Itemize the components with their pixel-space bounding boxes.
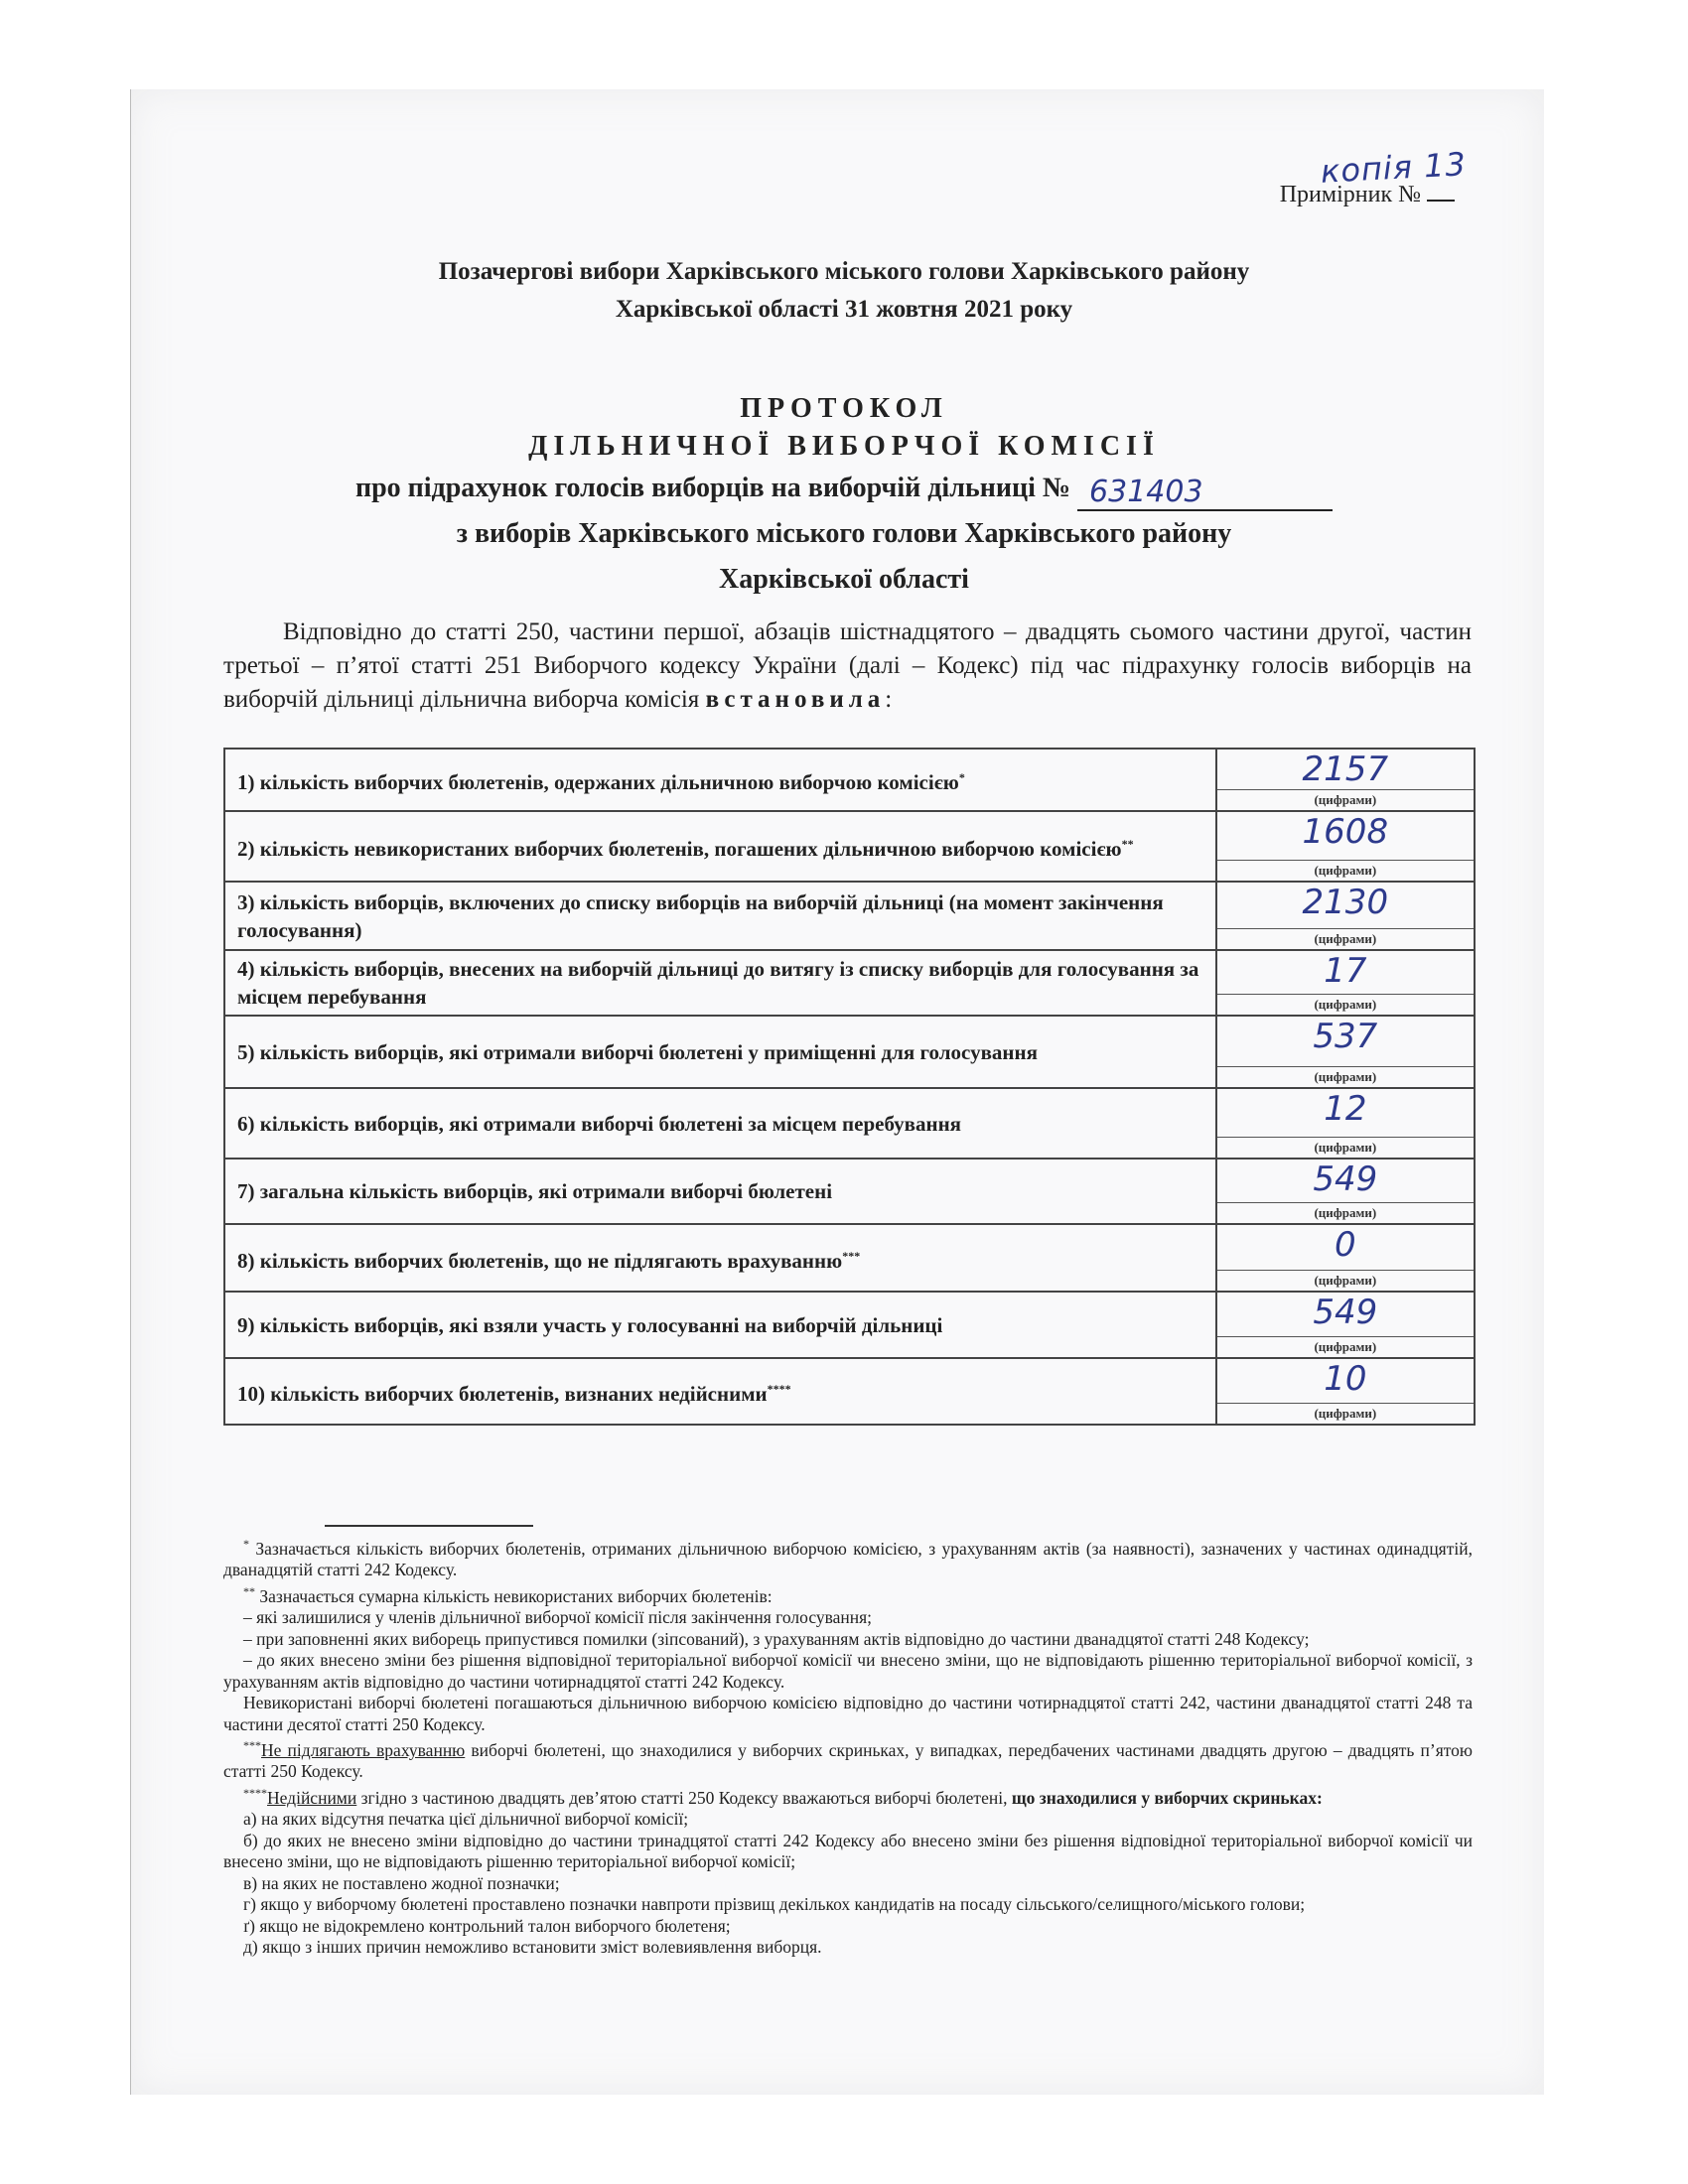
result-label: 10) кількість виборчих бюлетенів, визнан… — [224, 1358, 1216, 1425]
result-label-text: 5) кількість виборців, які отримали вибо… — [237, 1040, 1038, 1064]
result-value-field[interactable]: 2130 — [1217, 883, 1474, 928]
footnote-mark: **** — [243, 1786, 267, 1800]
sample-label: Примірник № — [1280, 182, 1421, 207]
footnote-2-item: – до яких внесено зміни без рішення відп… — [223, 1650, 1473, 1693]
result-row: 2) кількість невикористаних виборчих бюл… — [224, 811, 1475, 882]
result-value-cell: 549(цифрами) — [1216, 1159, 1475, 1224]
footnote-4-item: б) до яких не внесено зміни відповідно д… — [223, 1831, 1473, 1873]
protocol-line-5: Харківської області — [298, 557, 1390, 603]
station-number-field[interactable]: 631403 — [1077, 476, 1333, 511]
value-caption: (цифрами) — [1217, 994, 1474, 1015]
result-value-cell: 537(цифрами) — [1216, 1016, 1475, 1088]
value-caption: (цифрами) — [1217, 1137, 1474, 1158]
value-caption: (цифрами) — [1217, 860, 1474, 881]
result-label: 3) кількість виборців, включених до спис… — [224, 882, 1216, 950]
footnote-4-items: а) на яких відсутня печатка цієї дільнич… — [223, 1809, 1473, 1959]
footnote-text: згідно з частиною двадцять дев’ятою стат… — [356, 1788, 1012, 1808]
footnote-mark: **** — [768, 1382, 791, 1396]
station-line-prefix: про підрахунок голосів виборців на вибор… — [355, 473, 1070, 503]
result-label: 7) загальна кількість виборців, які отри… — [224, 1159, 1216, 1224]
result-row: 10) кількість виборчих бюлетенів, визнан… — [224, 1358, 1475, 1425]
footnote-2-note: Невикористані виборчі бюлетені погашають… — [223, 1693, 1473, 1735]
footnote-3: ***Не підлягають врахуванню виборчі бюле… — [223, 1735, 1473, 1783]
result-value-field[interactable]: 537 — [1217, 1017, 1474, 1066]
value-caption: (цифрами) — [1217, 1066, 1474, 1087]
result-value-field[interactable]: 549 — [1217, 1293, 1474, 1336]
result-label-text: 8) кількість виборчих бюлетенів, що не п… — [237, 1249, 842, 1273]
result-label: 1) кількість виборчих бюлетенів, одержан… — [224, 749, 1216, 811]
footnote-4-item: ґ) якщо не відокремлено контрольний тало… — [223, 1916, 1473, 1938]
result-row: 6) кількість виборців, які отримали вибо… — [224, 1088, 1475, 1159]
result-value-cell: 12(цифрами) — [1216, 1088, 1475, 1159]
result-value-cell: 2130(цифрами) — [1216, 882, 1475, 950]
result-label-text: 2) кількість невикористаних виборчих бюл… — [237, 837, 1122, 861]
result-label-text: 9) кількість виборців, які взяли участь … — [237, 1313, 942, 1337]
value-caption: (цифрами) — [1217, 1336, 1474, 1357]
protocol-subtitle: ДІЛЬНИЧНОЇ ВИБОРЧОЇ КОМІСІЇ — [298, 428, 1390, 466]
results-table: 1) кількість виборчих бюлетенів, одержан… — [223, 748, 1476, 1426]
footnote-4-item: а) на яких відсутня печатка цієї дільнич… — [223, 1809, 1473, 1831]
intro-emphasis: встановила — [706, 686, 886, 713]
value-caption: (цифрами) — [1217, 789, 1474, 810]
result-value-field[interactable]: 17 — [1217, 951, 1474, 994]
result-value-field[interactable]: 12 — [1217, 1089, 1474, 1137]
result-value-field[interactable]: 2157 — [1217, 750, 1474, 789]
value-caption: (цифрами) — [1217, 1202, 1474, 1223]
result-value-cell: 1608(цифрами) — [1216, 811, 1475, 882]
result-row: 5) кількість виборців, які отримали вибо… — [224, 1016, 1475, 1088]
station-line: про підрахунок голосів виборців на вибор… — [298, 466, 1390, 511]
footnote-2: ** Зазначається сумарна кількість невико… — [223, 1581, 1473, 1607]
result-label: 8) кількість виборчих бюлетенів, що не п… — [224, 1224, 1216, 1292]
value-caption: (цифрами) — [1217, 928, 1474, 949]
sample-number: Примірник № — [1280, 182, 1455, 208]
result-label: 6) кількість виборців, які отримали вибо… — [224, 1088, 1216, 1159]
result-label: 2) кількість невикористаних виборчих бюл… — [224, 811, 1216, 882]
footnote-bold-text: що знаходилися у виборчих скриньках — [1012, 1788, 1317, 1808]
footnote-mark: ** — [1122, 837, 1134, 851]
footnote-mark: * — [959, 770, 965, 784]
protocol-title: ПРОТОКОЛ — [298, 390, 1390, 428]
result-label-text: 6) кількість виборців, які отримали вибо… — [237, 1112, 961, 1136]
result-label-text: 7) загальна кількість виборців, які отри… — [237, 1179, 832, 1203]
sample-number-field[interactable] — [1427, 182, 1455, 202]
footnote-4-item: в) на яких не поставлено жодної позначки… — [223, 1873, 1473, 1895]
election-title: Позачергові вибори Харківського міського… — [298, 253, 1390, 329]
result-label-text: 10) кількість виборчих бюлетенів, визнан… — [237, 1382, 768, 1406]
result-row: 8) кількість виборчих бюлетенів, що не п… — [224, 1224, 1475, 1292]
result-value-cell: 0(цифрами) — [1216, 1224, 1475, 1292]
footnote-1: * Зазначається кількість виборчих бюлете… — [223, 1534, 1473, 1581]
footnote-4: ****Недійсними згідно з частиною двадцят… — [223, 1783, 1473, 1809]
election-title-line-1: Позачергові вибори Харківського міського… — [298, 253, 1390, 291]
result-row: 7) загальна кількість виборців, які отри… — [224, 1159, 1475, 1224]
footnote-mark: ** — [243, 1584, 255, 1598]
footnote-mark: *** — [243, 1738, 261, 1752]
value-caption: (цифрами) — [1217, 1403, 1474, 1424]
footnote-text: Зазначається сумарна кількість невикорис… — [255, 1586, 773, 1606]
result-value-cell: 17(цифрами) — [1216, 950, 1475, 1016]
intro-paragraph: Відповідно до статті 250, частини першої… — [223, 615, 1472, 717]
result-value-cell: 549(цифрами) — [1216, 1292, 1475, 1358]
result-value-field[interactable]: 1608 — [1217, 812, 1474, 860]
result-label: 4) кількість виборців, внесених на вибор… — [224, 950, 1216, 1016]
footnote-mark: *** — [842, 1249, 860, 1263]
footnotes: * Зазначається кількість виборчих бюлете… — [223, 1534, 1473, 1959]
footnote-4-item: г) якщо у виборчому бюлетені проставлено… — [223, 1894, 1473, 1916]
result-value-field[interactable]: 0 — [1217, 1225, 1474, 1270]
footnote-term: Не підлягають врахуванню — [261, 1740, 465, 1760]
footnote-text: Зазначається кількість виборчих бюлетені… — [223, 1539, 1473, 1580]
result-value-field[interactable]: 10 — [1217, 1359, 1474, 1403]
footnote-2-item: – при заповненні яких виборець припустив… — [223, 1629, 1473, 1651]
result-row: 4) кількість виборців, внесених на вибор… — [224, 950, 1475, 1016]
election-title-line-2: Харківської області 31 жовтня 2021 року — [298, 291, 1390, 329]
protocol-heading: ПРОТОКОЛ ДІЛЬНИЧНОЇ ВИБОРЧОЇ КОМІСІЇ про… — [298, 390, 1390, 603]
result-label: 5) кількість виборців, які отримали вибо… — [224, 1016, 1216, 1088]
result-label-text: 4) кількість виборців, внесених на вибор… — [237, 957, 1198, 1009]
result-value-cell: 2157(цифрами) — [1216, 749, 1475, 811]
result-label-text: 3) кількість виборців, включених до спис… — [237, 890, 1164, 942]
result-row: 9) кількість виборців, які взяли участь … — [224, 1292, 1475, 1358]
footnote-end: : — [1317, 1788, 1323, 1808]
intro-end: : — [885, 686, 892, 713]
value-caption: (цифрами) — [1217, 1270, 1474, 1291]
protocol-line-4: з виборів Харківського міського голови Х… — [298, 511, 1390, 557]
result-label-text: 1) кількість виборчих бюлетенів, одержан… — [237, 770, 959, 794]
footnote-2-item: – які залишилися у членів дільничної виб… — [223, 1607, 1473, 1629]
footnote-term: Недійсними — [267, 1788, 356, 1808]
result-value-field[interactable]: 549 — [1217, 1160, 1474, 1202]
result-row: 3) кількість виборців, включених до спис… — [224, 882, 1475, 950]
footnote-divider — [325, 1525, 533, 1527]
result-row: 1) кількість виборчих бюлетенів, одержан… — [224, 749, 1475, 811]
result-label: 9) кількість виборців, які взяли участь … — [224, 1292, 1216, 1358]
footnote-4-item: д) якщо з інших причин неможливо встанов… — [223, 1937, 1473, 1959]
result-value-cell: 10(цифрами) — [1216, 1358, 1475, 1425]
